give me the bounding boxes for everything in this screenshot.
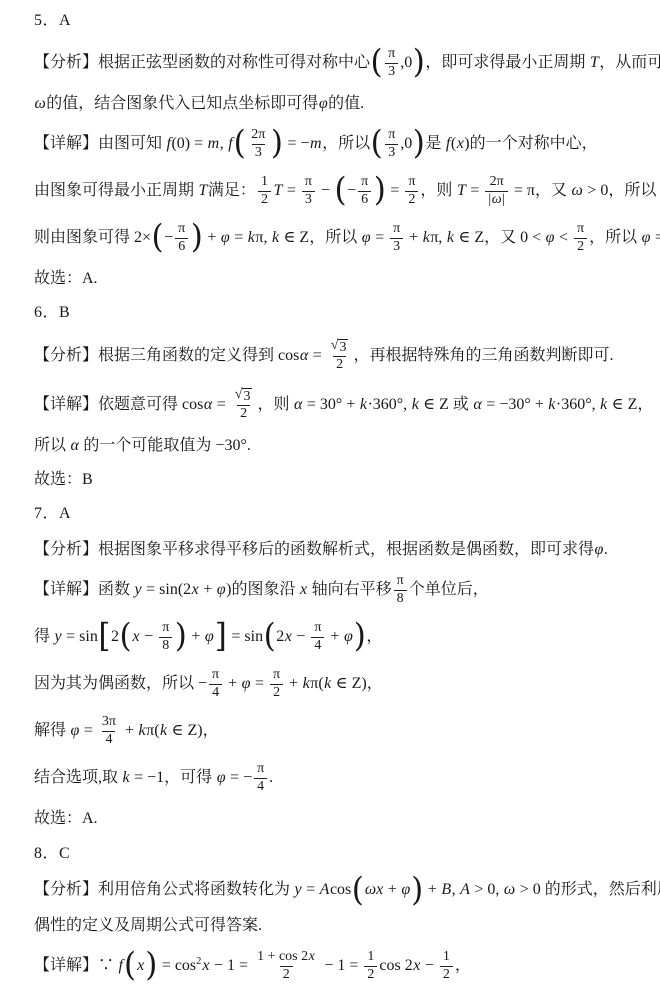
text-run: 的值. bbox=[328, 94, 364, 114]
denominator: 2 bbox=[237, 405, 250, 423]
denominator: 3 bbox=[302, 191, 315, 209]
big-bracket: ) bbox=[175, 623, 187, 652]
math-variable: y bbox=[294, 880, 302, 900]
radical-sign: √ bbox=[331, 339, 339, 354]
math-variable: k bbox=[548, 395, 556, 415]
denominator: 4 bbox=[102, 731, 115, 749]
text-run: = bbox=[230, 228, 247, 248]
text-run: 2 bbox=[240, 406, 247, 421]
text-run: + bbox=[424, 880, 441, 900]
text-run: 故选：A. bbox=[34, 809, 98, 829]
math-variable: T bbox=[273, 181, 283, 201]
text-run: − bbox=[347, 181, 356, 201]
fraction: π8 bbox=[159, 620, 172, 654]
math-variable: T bbox=[456, 181, 466, 201]
text-run: 2 bbox=[336, 357, 343, 372]
math-variable: φ bbox=[241, 674, 251, 694]
text-run: ∈ Z 或 bbox=[419, 395, 473, 415]
text-run: 结合选项,取 bbox=[34, 768, 122, 788]
q5-solution-3: 则由图象可得 2×(−π6) + φ = kπ, k ∈ Z，所以 φ = π3… bbox=[34, 219, 634, 257]
text-run: 个单位后， bbox=[409, 580, 489, 600]
fraction: 12 bbox=[364, 949, 377, 983]
text-run: )的图象沿 bbox=[226, 580, 299, 600]
fraction: 3π4 bbox=[99, 714, 119, 748]
text-run: 偶性的定义及周期公式可得答案. bbox=[34, 916, 262, 936]
numerator: π bbox=[390, 221, 403, 238]
text-run: 2 bbox=[408, 192, 415, 207]
denominator: 3 bbox=[252, 144, 265, 162]
math-variable: x bbox=[456, 134, 464, 154]
q8-answer: 8．C bbox=[34, 841, 634, 867]
text-run: 轴向右平移 bbox=[308, 580, 392, 600]
math-variable: f bbox=[228, 134, 233, 154]
question-6-block: 6．B【分析】根据三角函数的定义得到 cosα = √32，再根据特殊角的三角函… bbox=[34, 300, 634, 492]
text-run: 【详解】∵ bbox=[34, 956, 118, 976]
math-variable: k bbox=[122, 768, 130, 788]
denominator: 4 bbox=[311, 637, 324, 655]
math-variable: m bbox=[207, 134, 220, 154]
denominator: 6 bbox=[175, 238, 188, 256]
math-variable: ωx bbox=[364, 880, 383, 900]
text-run: ·360°, bbox=[556, 395, 600, 415]
text-run: ，则 bbox=[257, 395, 293, 415]
q5-solution-2: 由图象可得最小正周期 T满足：12T = π3 − (−π6) = π2，则 T… bbox=[34, 172, 634, 210]
text-run: π( bbox=[146, 721, 159, 741]
text-run: + bbox=[187, 627, 204, 647]
text-run: 3 bbox=[393, 239, 400, 254]
text-run: 3 bbox=[243, 389, 250, 404]
math-variable: φ bbox=[216, 768, 226, 788]
fraction: 1 + cos 2x2 bbox=[254, 949, 318, 983]
text-run: + bbox=[224, 674, 241, 694]
text-run: < bbox=[555, 228, 572, 248]
numerator: 1 bbox=[440, 949, 453, 966]
text-run: 2π bbox=[251, 127, 265, 142]
math-variable: ω bbox=[503, 880, 515, 900]
numerator: 2π bbox=[487, 174, 507, 191]
q5-solution-1: 【详解】由图可知 f(0) = m, f(2π3) = −m，所以(π3,0)是… bbox=[34, 125, 634, 163]
fraction: π3 bbox=[385, 46, 398, 80]
math-variable: x bbox=[191, 580, 199, 600]
text-run: ， bbox=[366, 627, 382, 647]
math-variable: y bbox=[134, 580, 142, 600]
text-run: 4 bbox=[212, 685, 219, 700]
text-run: = bbox=[371, 228, 388, 248]
numerator: 2π bbox=[248, 127, 268, 144]
numerator: √3 bbox=[328, 338, 352, 356]
text-run: − bbox=[292, 627, 309, 647]
text-run: = bbox=[651, 228, 660, 248]
big-bracket: ( bbox=[234, 130, 246, 159]
big-bracket: ( bbox=[352, 876, 364, 905]
text-run: 因为其为偶函数，所以 − bbox=[34, 674, 207, 694]
text-run: 故选：B bbox=[34, 470, 93, 490]
big-bracket: ) bbox=[145, 952, 157, 981]
text-run: + bbox=[121, 721, 138, 741]
text-run: π( bbox=[310, 674, 323, 694]
text-run: 2π bbox=[490, 174, 504, 189]
text-run: ∈ Z，所以 bbox=[280, 228, 362, 248]
denominator: 2 bbox=[333, 356, 346, 374]
text-run: = bbox=[466, 181, 483, 201]
text-run: π bbox=[257, 761, 264, 776]
text-run: 【分析】根据三角函数的定义得到 cos bbox=[34, 346, 299, 366]
text-run: ∈ Z)， bbox=[332, 674, 383, 694]
math-variable: φ bbox=[204, 627, 214, 647]
text-run: + bbox=[384, 880, 401, 900]
math-variable: m bbox=[310, 134, 323, 154]
numerator: 3π bbox=[99, 714, 119, 731]
denominator: |ω| bbox=[485, 191, 508, 209]
numerator: π bbox=[254, 761, 267, 778]
text-run: , bbox=[220, 134, 228, 154]
text-run: ，即可求得最小正周期 bbox=[425, 53, 589, 73]
text-run: 2 bbox=[111, 627, 119, 647]
math-variable: x bbox=[284, 627, 292, 647]
fraction: π2 bbox=[270, 667, 283, 701]
big-bracket: ) bbox=[374, 177, 386, 206]
q7-solution-2: 得 y = sin[2(x − π8) + φ] = sin(2x − π4 +… bbox=[34, 618, 634, 656]
math-variable: k bbox=[324, 674, 332, 694]
numerator: π bbox=[175, 221, 188, 238]
text-run: = bbox=[251, 674, 268, 694]
big-bracket: ) bbox=[354, 623, 366, 652]
text-run: π bbox=[273, 667, 280, 682]
text-run: π bbox=[305, 174, 312, 189]
math-variable: φ bbox=[641, 228, 651, 248]
text-run: > 0 的形式，然后利用奇 bbox=[516, 880, 660, 900]
fraction: 12 bbox=[258, 174, 271, 208]
text-run: = bbox=[309, 346, 326, 366]
denominator: 2 bbox=[280, 966, 293, 984]
big-bracket: ( bbox=[124, 952, 136, 981]
q7-analysis: 【分析】根据图象平移求得平移后的函数解析式，根据函数是偶函数，即可求得φ. bbox=[34, 537, 634, 562]
text-run: − 1 = bbox=[210, 956, 252, 976]
text-run: 8 bbox=[162, 638, 169, 653]
text-run: ，则 bbox=[420, 181, 456, 201]
math-variable: k bbox=[247, 228, 255, 248]
math-variable: φ bbox=[361, 228, 371, 248]
text-run: 【详解】函数 bbox=[34, 580, 134, 600]
text-run: = bbox=[213, 395, 230, 415]
q7-solution-4: 解得 φ = 3π4 + kπ(k ∈ Z)， bbox=[34, 712, 634, 750]
numerator: π bbox=[159, 620, 172, 637]
big-bracket: ( bbox=[264, 623, 276, 652]
text-run: ∈ Z， bbox=[608, 395, 654, 415]
text-run: − bbox=[317, 181, 334, 201]
math-variable: α bbox=[293, 395, 302, 415]
text-run: = bbox=[80, 721, 97, 741]
text-run: , bbox=[452, 880, 460, 900]
square-root: √3 bbox=[331, 339, 349, 356]
big-bracket: ) bbox=[191, 224, 203, 253]
numerator: π bbox=[302, 174, 315, 191]
fraction: π3 bbox=[390, 221, 403, 255]
text-run: = π，又 bbox=[510, 181, 571, 201]
numerator: √3 bbox=[232, 387, 256, 405]
math-variable: ω bbox=[491, 192, 502, 207]
text-run: 3 bbox=[339, 340, 346, 355]
text-run: 【分析】根据图象平移求得平移后的函数解析式，根据函数是偶函数，即可求得 bbox=[34, 540, 594, 560]
text-run: − 1 = bbox=[320, 956, 362, 976]
math-variable: x bbox=[132, 627, 140, 647]
q5-analysis-1: 【分析】根据正弦型函数的对称性可得对称中心(π3,0)，即可求得最小正周期 T，… bbox=[34, 44, 634, 82]
big-bracket: [ bbox=[98, 623, 110, 652]
fraction: 12 bbox=[440, 949, 453, 983]
question-5-block: 5．A【分析】根据正弦型函数的对称性可得对称中心(π3,0)，即可求得最小正周期… bbox=[34, 8, 634, 291]
math-variable: φ bbox=[216, 580, 226, 600]
math-variable: α bbox=[473, 395, 482, 415]
text-run: ∈ Z)， bbox=[168, 721, 219, 741]
numerator: 1 bbox=[364, 949, 377, 966]
math-variable: φ bbox=[343, 627, 353, 647]
q5-conclusion: 故选：A. bbox=[34, 266, 634, 291]
denominator: 4 bbox=[254, 778, 267, 796]
text-run: )的一个对称中心， bbox=[464, 134, 597, 154]
text-run: 3 bbox=[388, 64, 395, 79]
text-run: 3π bbox=[102, 714, 116, 729]
numerator: π bbox=[574, 221, 587, 238]
math-variable: φ bbox=[594, 540, 604, 560]
radicand: 3 bbox=[338, 339, 348, 356]
text-run: 8．C bbox=[34, 844, 70, 864]
text-run: π bbox=[361, 174, 368, 189]
text-run: 1 bbox=[443, 949, 450, 964]
math-variable: φ bbox=[545, 228, 555, 248]
text-run: ，所以 bbox=[589, 228, 641, 248]
numerator: π bbox=[385, 127, 398, 144]
math-variable: y bbox=[54, 627, 62, 647]
big-bracket: ( bbox=[334, 177, 346, 206]
text-run: 解得 bbox=[34, 721, 70, 741]
text-run: 由图象可得最小正周期 bbox=[34, 181, 198, 201]
text-run: ， bbox=[455, 956, 471, 976]
q7-solution-5: 结合选项,取 k = −1，可得 φ = −π4. bbox=[34, 759, 634, 797]
text-run: 1 bbox=[367, 949, 374, 964]
text-run: 1 + cos 2 bbox=[257, 949, 308, 964]
q7-conclusion: 故选：A. bbox=[34, 807, 634, 832]
text-run: + bbox=[199, 580, 216, 600]
denominator: 2 bbox=[574, 238, 587, 256]
text-run: 4 bbox=[105, 732, 112, 747]
text-run: 2 bbox=[443, 967, 450, 982]
text-run: 的一个可能取值为 −30°. bbox=[79, 436, 250, 456]
numerator: π bbox=[209, 667, 222, 684]
text-run: 2 bbox=[283, 967, 290, 982]
q8-analysis-1: 【分析】利用倍角公式将函数转化为 y = Acos(ωx + φ) + B, A… bbox=[34, 877, 634, 905]
superscript: 2 bbox=[196, 955, 201, 968]
math-variable: T bbox=[198, 181, 208, 201]
fraction: 2π3 bbox=[248, 127, 268, 161]
denominator: 3 bbox=[385, 144, 398, 162]
q6-solution-2: 所以 α 的一个可能取值为 −30°. bbox=[34, 433, 634, 458]
text-run: π bbox=[388, 127, 395, 142]
text-run: 2 bbox=[261, 192, 268, 207]
question-8-block: 8．C【分析】利用倍角公式将函数转化为 y = Acos(ωx + φ) + B… bbox=[34, 841, 634, 986]
math-variable: k bbox=[411, 395, 419, 415]
math-variable: k bbox=[446, 228, 454, 248]
text-run: ，再根据特殊角的三角函数判断即可. bbox=[353, 346, 613, 366]
big-bracket: ( bbox=[371, 49, 383, 78]
math-variable: k bbox=[422, 228, 430, 248]
text-run: = bbox=[386, 181, 403, 201]
text-run: = −1，可得 bbox=[130, 768, 216, 788]
math-variable: k bbox=[359, 395, 367, 415]
text-run: 3 bbox=[305, 192, 312, 207]
fraction: √32 bbox=[328, 338, 352, 374]
text-run: = bbox=[283, 181, 300, 201]
big-bracket: ) bbox=[413, 130, 425, 159]
text-run: 1 bbox=[261, 174, 268, 189]
numerator: 1 + cos 2x bbox=[254, 949, 318, 966]
math-variable: ω bbox=[571, 181, 583, 201]
math-variable: k bbox=[600, 395, 608, 415]
math-variable: k bbox=[138, 721, 146, 741]
text-run: π bbox=[397, 573, 404, 588]
big-bracket: ( bbox=[119, 623, 131, 652]
text-run: 4 bbox=[257, 779, 264, 794]
text-run: = bbox=[302, 880, 319, 900]
text-run: π bbox=[162, 620, 169, 635]
text-run: 【分析】利用倍角公式将函数转化为 bbox=[34, 880, 294, 900]
q5-answer: 5．A bbox=[34, 8, 634, 34]
text-run: 2 bbox=[276, 627, 284, 647]
text-run: 6．B bbox=[34, 303, 70, 323]
text-run: (0) = bbox=[171, 134, 207, 154]
text-run: 故选：A. bbox=[34, 269, 98, 289]
math-variable: α bbox=[299, 346, 308, 366]
fraction: 2π|ω| bbox=[485, 174, 508, 208]
math-variable: x bbox=[137, 956, 145, 976]
math-variable: f bbox=[118, 956, 123, 976]
text-run: 所以 bbox=[34, 436, 70, 456]
math-variable: φ bbox=[318, 94, 328, 114]
text-run: − bbox=[421, 956, 438, 976]
text-run: ∈ Z，又 0 < bbox=[455, 228, 546, 248]
fraction: √32 bbox=[232, 387, 256, 423]
text-run: = 30° + bbox=[303, 395, 359, 415]
fraction: π4 bbox=[311, 620, 324, 654]
text-run: = cos bbox=[158, 956, 196, 976]
text-run: = − bbox=[226, 768, 252, 788]
text-run: 【分析】根据正弦型函数的对称性可得对称中心 bbox=[34, 53, 370, 73]
denominator: 3 bbox=[390, 238, 403, 256]
text-run: + bbox=[405, 228, 422, 248]
text-run: 得 bbox=[34, 627, 54, 647]
math-variable: φ bbox=[401, 880, 411, 900]
answer-sheet-page: 5．A【分析】根据正弦型函数的对称性可得对称中心(π3,0)，即可求得最小正周期… bbox=[0, 0, 660, 985]
text-run: ,0 bbox=[400, 53, 412, 73]
question-7-block: 7．A【分析】根据图象平移求得平移后的函数解析式，根据函数是偶函数，即可求得φ.… bbox=[34, 501, 634, 831]
text-run: cos bbox=[330, 880, 351, 900]
q7-answer: 7．A bbox=[34, 501, 634, 527]
text-run: cos 2 bbox=[379, 956, 412, 976]
text-run: 则由图象可得 2× bbox=[34, 228, 151, 248]
fraction: π6 bbox=[175, 221, 188, 255]
text-run: 【详解】由图可知 bbox=[34, 134, 166, 154]
denominator: 2 bbox=[364, 966, 377, 984]
text-run: = sin bbox=[62, 627, 98, 647]
text-run: 2 bbox=[577, 239, 584, 254]
text-run: | bbox=[502, 192, 505, 207]
numerator: π bbox=[358, 174, 371, 191]
q6-solution-1: 【详解】依题意可得 cosα = √32，则 α = 30° + k·360°,… bbox=[34, 385, 634, 425]
math-variable: k bbox=[271, 228, 279, 248]
text-run: π bbox=[314, 620, 321, 635]
math-variable: ω bbox=[34, 94, 46, 114]
text-run: . bbox=[604, 540, 608, 560]
big-bracket: ( bbox=[371, 130, 383, 159]
denominator: 8 bbox=[394, 590, 407, 608]
q8-solution-1: 【详解】∵ f(x) = cos2x − 1 = 1 + cos 2x2 − 1… bbox=[34, 947, 634, 985]
q7-solution-1: 【详解】函数 y = sin(2x + φ)的图象沿 x 轴向右平移π8个单位后… bbox=[34, 571, 634, 609]
fraction: π6 bbox=[358, 174, 371, 208]
text-run: 5．A bbox=[34, 11, 71, 31]
q8-analysis-2: 偶性的定义及周期公式可得答案. bbox=[34, 913, 634, 938]
fraction: π2 bbox=[405, 174, 418, 208]
text-run: π bbox=[178, 221, 185, 236]
text-run: 6 bbox=[361, 192, 368, 207]
numerator: 1 bbox=[258, 174, 271, 191]
denominator: 8 bbox=[159, 637, 172, 655]
text-run: π bbox=[408, 174, 415, 189]
text-run: π bbox=[388, 46, 395, 61]
denominator: 3 bbox=[385, 63, 398, 81]
text-run: − bbox=[140, 627, 157, 647]
fraction: π2 bbox=[574, 221, 587, 255]
radicand: 3 bbox=[242, 388, 252, 405]
text-run: 6 bbox=[178, 239, 185, 254]
text-run: π bbox=[577, 221, 584, 236]
math-variable: A bbox=[319, 880, 330, 900]
text-run: 4 bbox=[314, 638, 321, 653]
text-run: ，从而可求 bbox=[599, 53, 660, 73]
text-run: 3 bbox=[255, 145, 262, 160]
denominator: 2 bbox=[440, 966, 453, 984]
numerator: π bbox=[394, 573, 407, 590]
square-root: √3 bbox=[235, 388, 253, 405]
math-variable: x bbox=[308, 949, 315, 964]
q5-analysis-2: ω的值，结合图象代入已知点坐标即可得φ的值. bbox=[34, 91, 634, 116]
math-variable: x bbox=[300, 580, 308, 600]
math-variable: B bbox=[441, 880, 452, 900]
fraction: π4 bbox=[254, 761, 267, 795]
text-run: = − bbox=[283, 134, 309, 154]
text-run: 的值，结合图象代入已知点坐标即可得 bbox=[46, 94, 318, 114]
math-variable: x bbox=[202, 956, 210, 976]
denominator: 4 bbox=[209, 684, 222, 702]
fraction: π3 bbox=[385, 127, 398, 161]
q6-conclusion: 故选：B bbox=[34, 467, 634, 492]
text-run: . bbox=[269, 768, 273, 788]
denominator: 2 bbox=[270, 684, 283, 702]
text-run: π bbox=[212, 667, 219, 682]
numerator: π bbox=[405, 174, 418, 191]
big-bracket: ) bbox=[271, 130, 283, 159]
text-run: > 0, bbox=[470, 880, 503, 900]
text-run: 7．A bbox=[34, 504, 71, 524]
text-run: 【详解】依题意可得 cos bbox=[34, 395, 203, 415]
radical-sign: √ bbox=[235, 388, 243, 403]
text-run: 2 bbox=[273, 685, 280, 700]
math-variable: k bbox=[302, 674, 310, 694]
big-bracket: ] bbox=[215, 623, 227, 652]
math-variable: φ bbox=[70, 721, 80, 741]
denominator: 2 bbox=[258, 191, 271, 209]
text-run: 是 bbox=[425, 134, 445, 154]
text-run: π bbox=[393, 221, 400, 236]
big-bracket: ) bbox=[413, 49, 425, 78]
